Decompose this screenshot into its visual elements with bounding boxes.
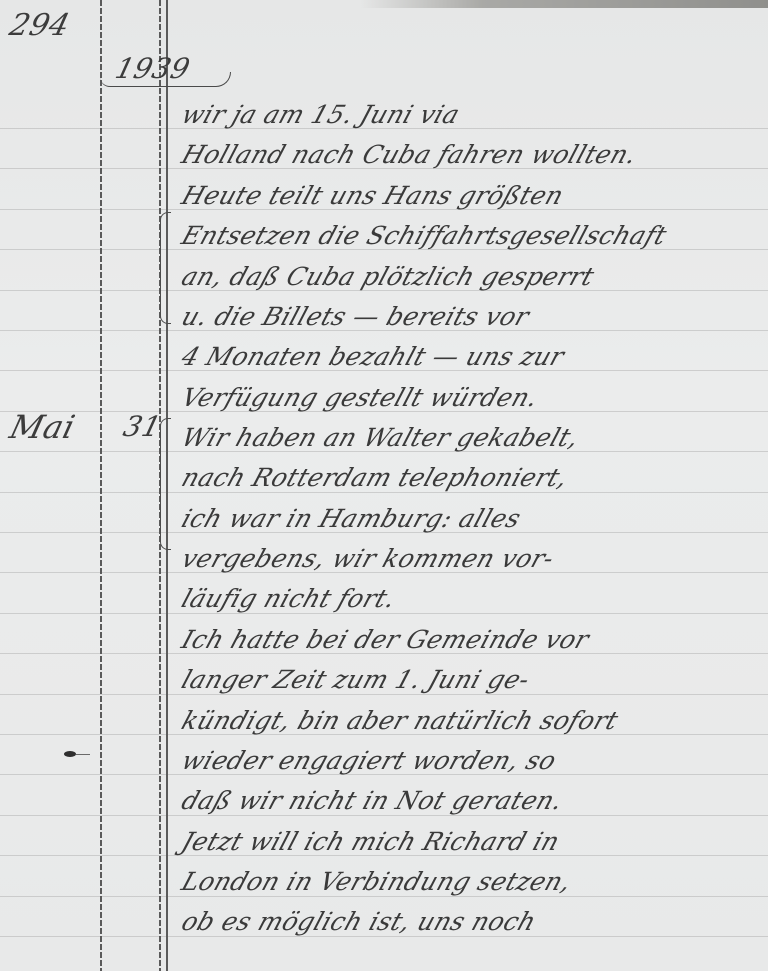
ruled-line: [0, 815, 768, 816]
ruled-line: [0, 613, 768, 614]
handwritten-line: Ich hatte bei der Gemeinde vor: [178, 625, 593, 654]
year-underline-flourish: [100, 72, 231, 87]
margin-column-line-date: [100, 0, 102, 971]
handwritten-line: Jetzt will ich mich Richard in: [178, 827, 563, 856]
ruled-line: [0, 694, 768, 695]
handwritten-line: daß wir nicht in Not geraten.: [178, 786, 567, 815]
handwritten-line: läufig nicht fort.: [178, 584, 399, 613]
ink-blot-tail: [76, 754, 90, 755]
handwritten-line: u. die Billets — bereits vor: [178, 302, 533, 331]
ink-blot-mark: [64, 751, 76, 757]
handwritten-line: London in Verbindung setzen,: [178, 867, 575, 896]
handwritten-line: Entsetzen die Schiffahrtsgesellschaft: [178, 221, 670, 250]
margin-month: Mai: [6, 408, 79, 446]
handwritten-line: Verfügung gestellt würden.: [178, 383, 542, 412]
handwritten-line: wir ja am 15. Juni via: [178, 100, 463, 129]
paragraph-bracket: [160, 418, 171, 550]
scan-top-edge-shadow: [360, 0, 768, 8]
ruled-line: [0, 896, 768, 897]
page-number: 294: [6, 8, 73, 43]
handwritten-line: 4 Monaten bezahlt — uns zur: [178, 342, 568, 371]
handwritten-line: langer Zeit zum 1. Juni ge-: [178, 665, 534, 694]
handwritten-line: kündigt, bin aber natürlich sofort: [178, 706, 622, 735]
handwritten-line: Holland nach Cuba fahren wollten.: [178, 140, 641, 169]
diary-page: 294 1939 Mai 31 wir ja am 15. Juni via H…: [0, 0, 768, 971]
handwritten-line: vergebens, wir kommen vor-: [178, 544, 558, 573]
handwritten-line: ich war in Hamburg: alles: [178, 504, 525, 533]
handwritten-line: wieder engagiert worden, so: [178, 746, 560, 775]
handwritten-line: Wir haben an Walter gekabelt,: [178, 423, 583, 452]
handwritten-line: Heute teilt uns Hans größten: [178, 181, 567, 210]
handwritten-line: nach Rotterdam telephoniert,: [178, 463, 572, 492]
handwritten-line: an, daß Cuba plötzlich gesperrt: [178, 262, 598, 291]
ruled-line: [0, 492, 768, 493]
paragraph-bracket: [160, 212, 171, 324]
handwritten-line: ob es möglich ist, uns noch: [178, 907, 540, 936]
ruled-line: [0, 936, 768, 937]
